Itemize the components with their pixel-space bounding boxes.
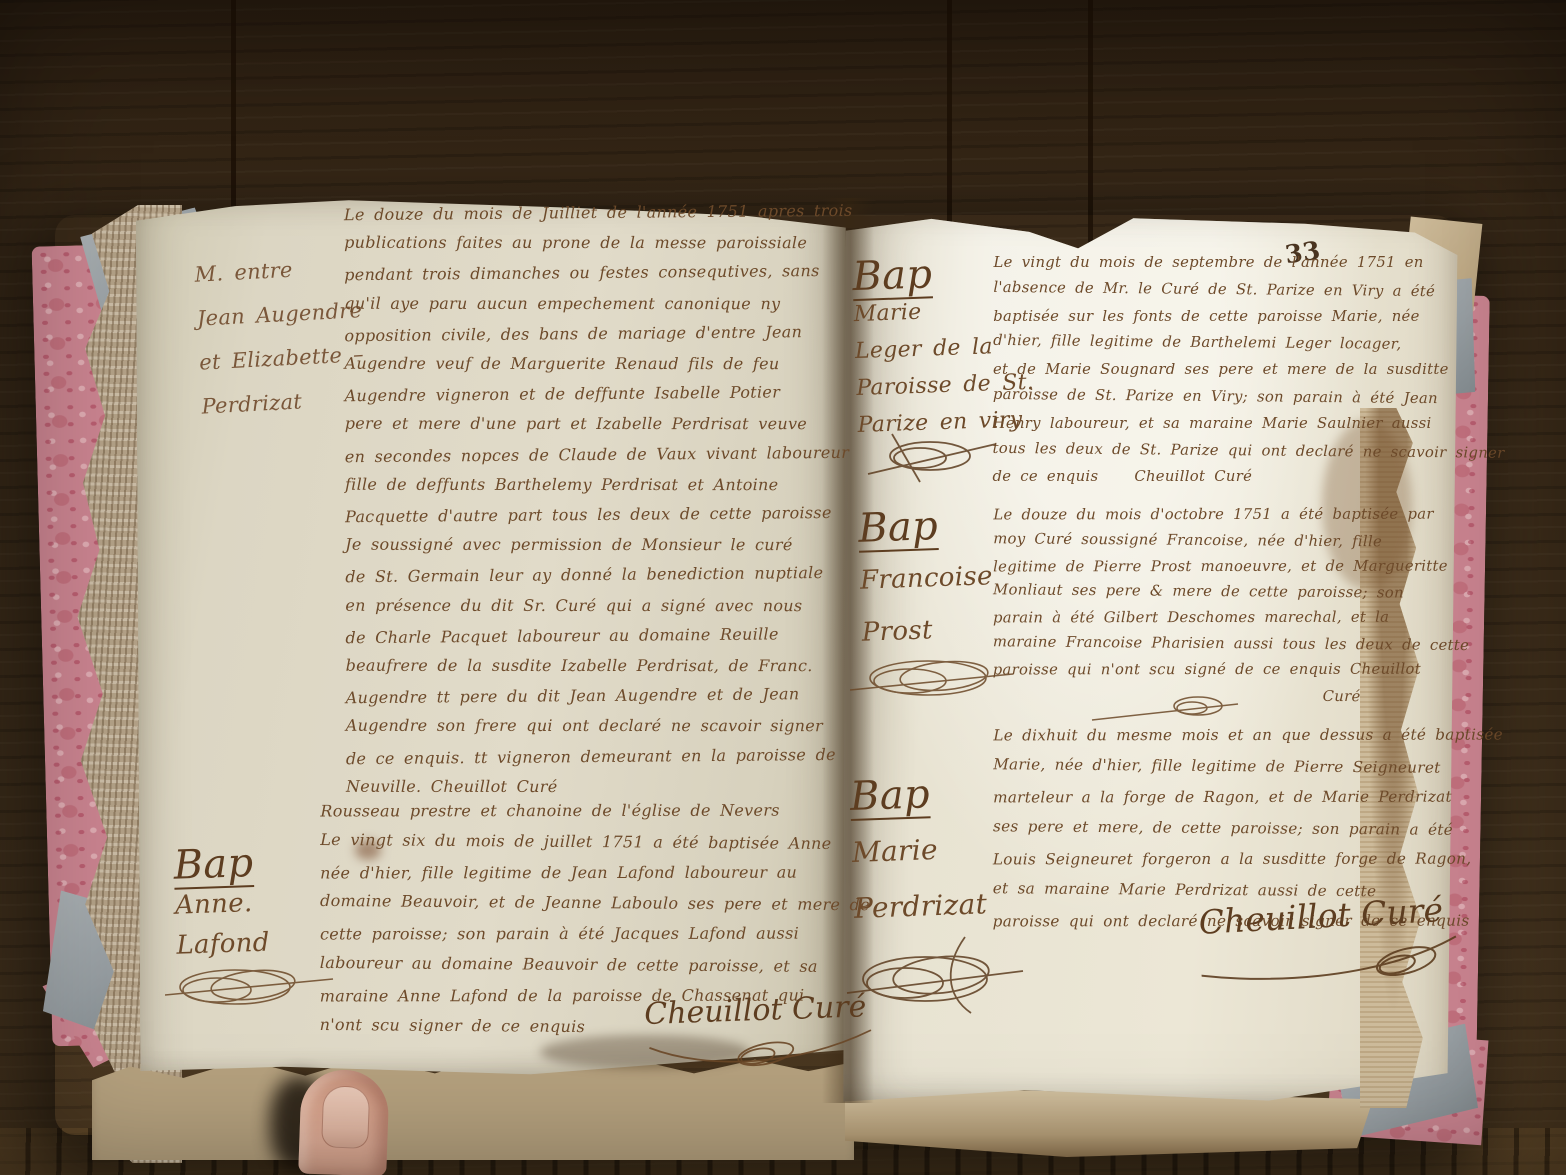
- text-line: Anne.: [174, 880, 335, 926]
- text-line: Augendre tt pere du dit Jean Augendre et…: [346, 679, 851, 714]
- text-line: qu'il aye paru aucun empechement canoniq…: [344, 288, 849, 319]
- baptism-record-francoise-prost-text: Le douze du mois d'octobre 1751 a été ba…: [993, 501, 1434, 709]
- text-line: opposition civile, des bans de mariage d…: [344, 317, 849, 352]
- text-line: Le vingt six du mois de juillet 1751 a é…: [320, 825, 845, 860]
- text-line: Marie, née d'hier, fille legitime de Pie…: [993, 749, 1451, 784]
- ink-flourish: [862, 430, 1002, 486]
- text-line: Augendre son frere qui ont declaré ne sc…: [346, 711, 851, 742]
- fingernail: [321, 1085, 370, 1149]
- text-line: Je soussigné avec permission de Monsieur…: [345, 530, 850, 561]
- text-line: moy Curé soussigné Francoise, née d'hier…: [993, 526, 1433, 555]
- text-line: cette paroisse; son parain à été Jacques…: [320, 919, 845, 951]
- text-line: beaufrere de la susdite Izabelle Perdris…: [346, 651, 851, 682]
- text-line: tous les deux de St. Parize qui ont decl…: [992, 435, 1440, 466]
- photo-open-parish-register: M. entreJean Augendreet Elizabette –Perd…: [0, 0, 1566, 1175]
- text-line: Bap: [173, 840, 334, 886]
- ink-flourish: [845, 935, 1025, 1015]
- text-line: Louis Seigneuret forgeron a la susditte …: [993, 844, 1451, 876]
- text-line: marteleur a la forge de Ragon, et de Mar…: [993, 782, 1451, 814]
- marriage-record-text: Le douze du mois de Juilliet de l'année …: [344, 197, 851, 803]
- text-line: publications faites au prone de la messe…: [344, 228, 849, 259]
- wood-plank-seam: [1088, 0, 1093, 245]
- text-line: baptisée sur les fonts de cette paroisse…: [993, 304, 1441, 331]
- wood-plank-seam: [947, 0, 952, 230]
- text-line: de St. Germain leur ay donné la benedict…: [345, 558, 850, 593]
- text-line: maraine Francoise Pharisien aussi tous l…: [993, 629, 1433, 658]
- text-line: paroisse qui n'ont scu signé de ce enqui…: [993, 656, 1433, 683]
- text-line: Pacquette d'autre part tous les deux de …: [345, 498, 850, 533]
- text-line: de Charle Pacquet laboureur au domaine R…: [345, 619, 850, 654]
- text-line: laboureur au domaine Beauvoir de cette p…: [320, 948, 845, 983]
- text-line: et de Marie Sougnard ses pere et mere de…: [993, 357, 1441, 384]
- text-line: Le dixhuit du mesme mois et an que dessu…: [993, 720, 1451, 752]
- text-line: en secondes nopces de Claude de Vaux viv…: [345, 437, 850, 472]
- text-line: Henry laboureur, et sa maraine Marie Sau…: [993, 411, 1441, 438]
- text-line: parain à été Gilbert Deschomes marechal,…: [993, 605, 1433, 632]
- ink-flourish: [850, 648, 1015, 708]
- curate-signature-left: Cheuillot Curé: [644, 989, 877, 1076]
- text-line: domaine Beauvoir, et de Jeanne Laboulo s…: [320, 886, 845, 921]
- text-line: l'absence de Mr. le Curé de St. Parize e…: [993, 275, 1441, 306]
- finger-body: [298, 1068, 390, 1175]
- curate-signature-right: Cheuillot Curé: [1198, 889, 1462, 993]
- text-line: Augendre vigneron et de deffunte Isabell…: [345, 377, 850, 412]
- text-line: ses pere et mere, de cette paroisse; son…: [993, 811, 1451, 846]
- text-line: en présence du dit Sr. Curé qui a signé …: [345, 590, 850, 621]
- text-line: Rousseau prestre et chanoine de l'église…: [320, 796, 845, 828]
- text-line: née d'hier, fille legitime de Jean Lafon…: [320, 857, 845, 889]
- text-line: d'hier, fille legitime de Barthelemi Leg…: [993, 328, 1441, 359]
- text-line: legitime de Pierre Prost manoeuvre, et d…: [993, 553, 1433, 580]
- text-line: pere et mere d'une part et Izabelle Perd…: [345, 409, 850, 440]
- text-line: pendant trois dimanches ou festes conseq…: [344, 256, 849, 291]
- margin-note-baptism-anne-lafond: BapAnne.Lafond: [173, 840, 337, 966]
- text-line: Le douze du mois d'octobre 1751 a été ba…: [993, 502, 1433, 529]
- text-line: Monliaut ses pere & mere de cette parois…: [993, 578, 1433, 607]
- text-line: Le douze du mois de Juilliet de l'année …: [344, 196, 849, 231]
- baptism-record-marie-leger-text: Le vingt du mois de septembre de l'année…: [992, 249, 1441, 493]
- text-line: Le vingt du mois de septembre de l'année…: [994, 250, 1442, 277]
- text-line: Augendre veuf de Marguerite Renaud fils …: [345, 349, 850, 380]
- signature-flourish: [645, 1024, 876, 1076]
- text-line: de ce enquis Cheuillot Curé: [992, 464, 1440, 491]
- fingertip: [288, 1070, 392, 1175]
- text-line: paroisse de St. Parize en Viry; son para…: [993, 382, 1441, 413]
- text-line: de ce enquis. tt vigneron demeurant en l…: [346, 739, 851, 774]
- ink-flourish: [165, 955, 335, 1017]
- text-line: fille de deffunts Barthelemy Perdrisat e…: [345, 470, 850, 501]
